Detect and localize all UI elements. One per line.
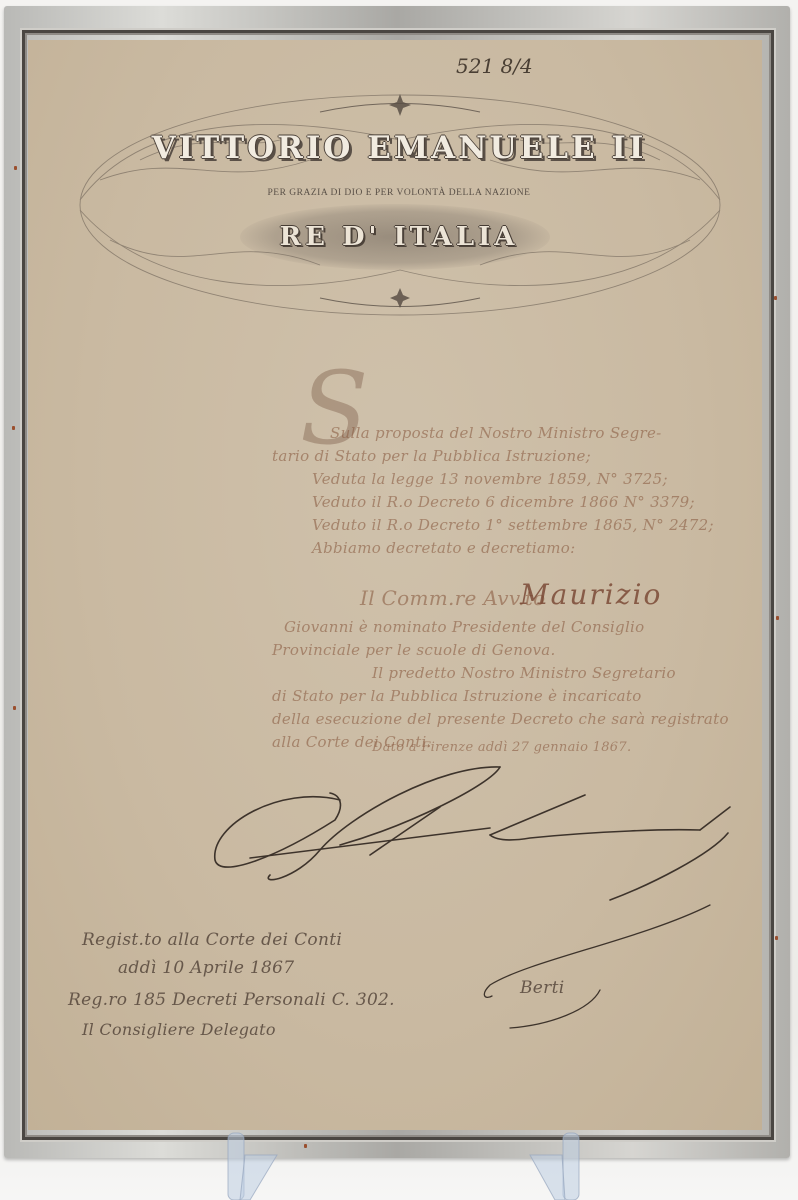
frame-rust-spot (776, 616, 779, 620)
body-line: Sulla proposta del Nostro Ministro Segre… (330, 424, 662, 442)
king-title: RE D' ITALIA (0, 222, 798, 252)
appointee-name: Maurizio (520, 578, 662, 611)
body-line: Giovanni è nominato Presidente del Consi… (284, 618, 645, 636)
frame-rust-spot (774, 296, 777, 300)
frame-rust-spot (775, 936, 778, 940)
body-line: Veduta la legge 13 novembre 1859, N° 372… (312, 470, 668, 488)
body-line: Il Comm.re Avv.to (360, 586, 545, 610)
registration-line: Reg.ro 185 Decreti Personali C. 302. (68, 990, 395, 1010)
frame-rust-spot (14, 166, 17, 170)
date-line: Dato a Firenze addì 27 gennaio 1867. (372, 740, 631, 755)
document-title: VITTORIO EMANUELE II (0, 130, 798, 166)
body-line: Veduto il R.o Decreto 1° settembre 1865,… (312, 516, 714, 534)
document-subtitle: PER GRAZIA DI DIO E PER VOLONTÀ DELLA NA… (0, 188, 798, 198)
countersignature: Berti (520, 978, 564, 998)
registration-line: Regist.to alla Corte dei Conti (82, 930, 342, 950)
body-line: della esecuzione del presente Decreto ch… (272, 710, 729, 728)
registration-line: Il Consigliere Delegato (82, 1020, 276, 1039)
royal-signature: Vittorio Emanuele (200, 755, 760, 905)
body-line: Veduto il R.o Decreto 6 dicembre 1866 N°… (312, 493, 695, 511)
body-line: Il predetto Nostro Ministro Segretario (372, 664, 676, 682)
frame-rust-spot (12, 426, 15, 430)
body-line: Provinciale per le scuole di Genova. (272, 641, 556, 659)
reference-number: 521 8/4 (456, 54, 533, 78)
countersignature-flourish (470, 900, 750, 1030)
frame-rust-spot (13, 706, 16, 710)
body-line: tario di Stato per la Pubblica Istruzion… (272, 447, 591, 465)
acrylic-display-stand (225, 1130, 585, 1200)
body-line: di Stato per la Pubblica Istruzione è in… (272, 687, 642, 705)
registration-line: addì 10 Aprile 1867 (118, 958, 294, 978)
body-line: Abbiamo decretato e decretiamo: (312, 539, 575, 557)
